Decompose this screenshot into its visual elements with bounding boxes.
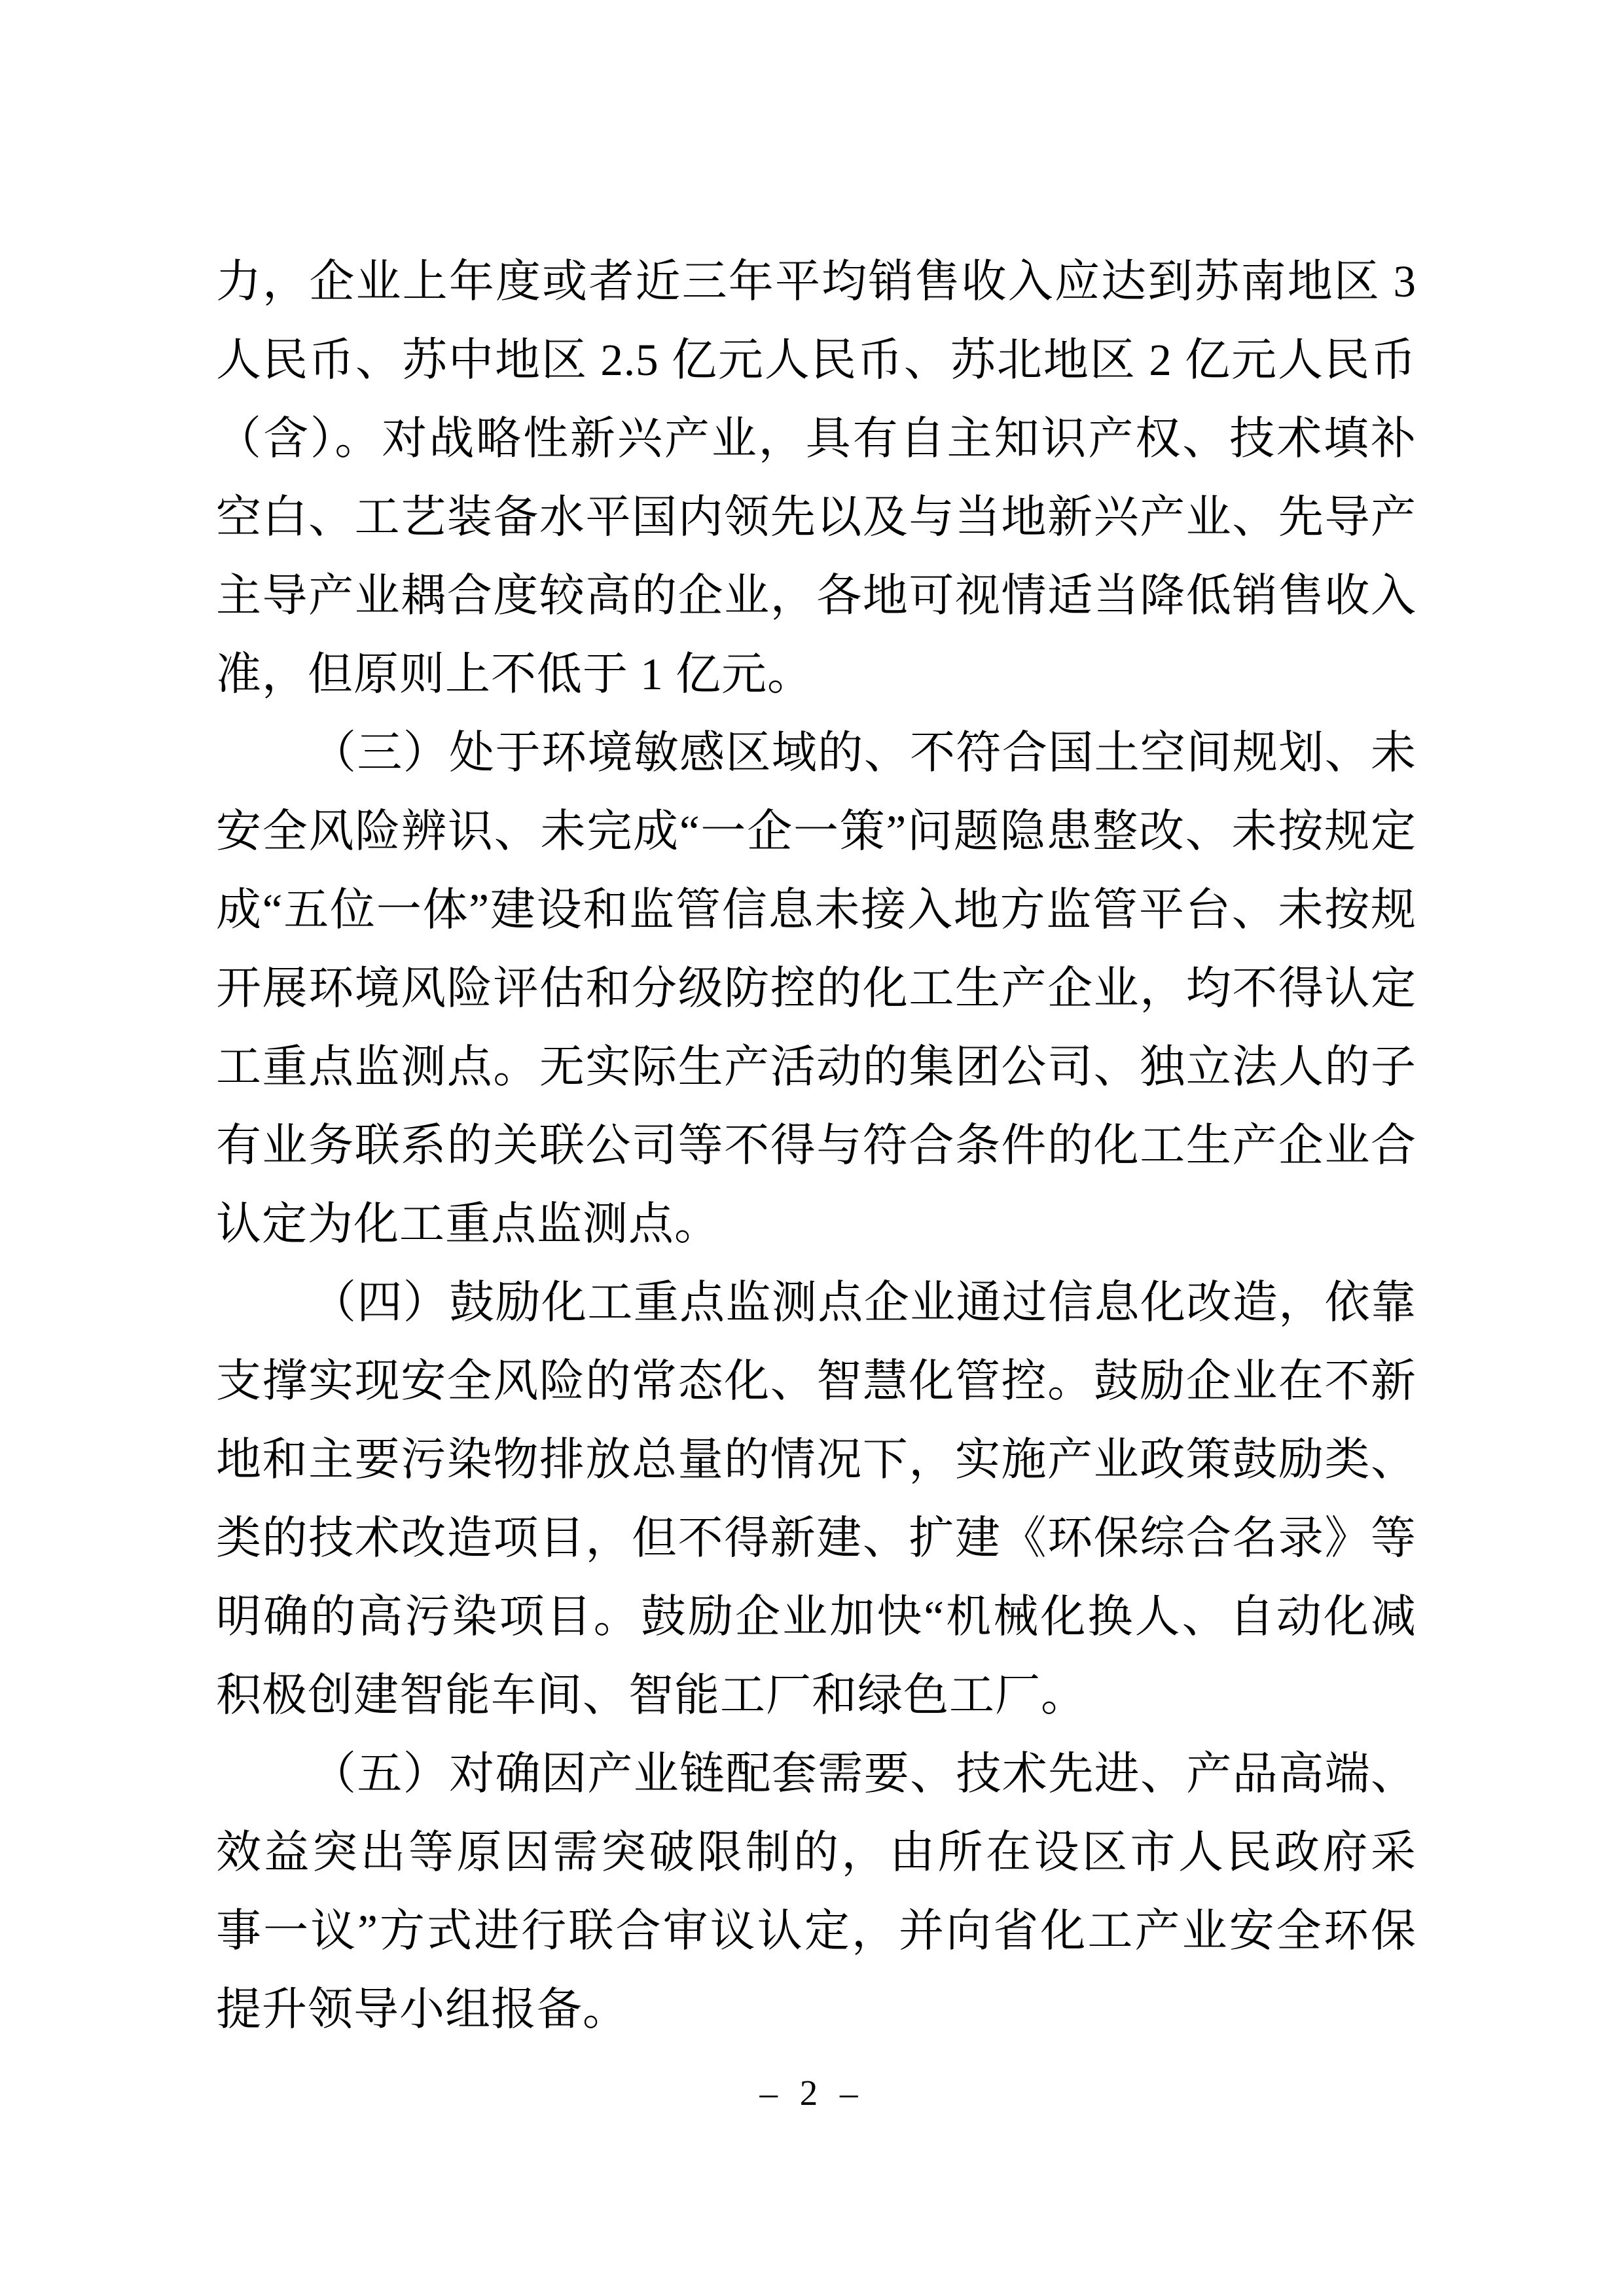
document-page: 力，企业上年度或者近三年平均销售收入应达到苏南地区 3 亿元 人民币、苏中地区 …	[0, 0, 1624, 2296]
text-line: 开展环境风险评估和分级防控的化工生产企业，均不得认定为化	[216, 949, 1416, 1028]
text-line: 积极创建智能车间、智能工厂和绿色工厂。	[216, 1656, 1416, 1734]
text-line: 认定为化工重点监测点。	[216, 1185, 1416, 1263]
text-line: 事一议”方式进行联合审议认定，并向省化工产业安全环保整治	[216, 1892, 1416, 1970]
text-line: （五）对确因产业链配套需要、技术先进、产品高端、经济	[216, 1734, 1416, 1813]
text-line: 力，企业上年度或者近三年平均销售收入应达到苏南地区 3 亿元	[216, 242, 1416, 321]
text-line: 空白、工艺装备水平国内领先以及与当地新兴产业、先导产业、	[216, 478, 1416, 556]
text-line: 成“五位一体”建设和监管信息未接入地方监管平台、未按规定	[216, 870, 1416, 949]
text-line: 地和主要污染物排放总量的情况下，实施产业政策鼓励类、允许	[216, 1420, 1416, 1499]
text-line: 效益突出等原因需突破限制的，由所在设区市人民政府采用“一	[216, 1813, 1416, 1892]
text-line: 人民币、苏中地区 2.5 亿元人民币、苏北地区 2 亿元人民币以上	[216, 321, 1416, 399]
text-line: 主导产业耦合度较高的企业，各地可视情适当降低销售收入标	[216, 556, 1416, 635]
text-line: 有业务联系的关联公司等不得与符合条件的化工生产企业合并	[216, 1106, 1416, 1185]
text-line: 支撑实现安全风险的常态化、智慧化管控。鼓励企业在不新增供	[216, 1342, 1416, 1420]
text-line: 安全风险辨识、未完成“一企一策”问题隐患整改、未按规定完	[216, 792, 1416, 870]
text-line: （含）。对战略性新兴产业，具有自主知识产权、技术填补国内	[216, 399, 1416, 478]
text-line: （四）鼓励化工重点监测点企业通过信息化改造，依靠技术	[216, 1263, 1416, 1342]
text-line: 准，但原则上不低于 1 亿元。	[216, 635, 1416, 713]
page-number: – 2 –	[0, 2067, 1624, 2119]
text-line: 明确的高污染项目。鼓励企业加快“机械化换人、自动化减人”，	[216, 1577, 1416, 1656]
text-line: 类的技术改造项目，但不得新建、扩建《环保综合名录》等文件	[216, 1499, 1416, 1577]
text-line: 工重点监测点。无实际生产活动的集团公司、独立法人的子公司、	[216, 1028, 1416, 1106]
text-line: 提升领导小组报备。	[216, 1970, 1416, 2049]
text-line: （三）处于环境敏感区域的、不符合国土空间规划、未开展	[216, 713, 1416, 792]
body-text: 力，企业上年度或者近三年平均销售收入应达到苏南地区 3 亿元 人民币、苏中地区 …	[216, 242, 1416, 2049]
